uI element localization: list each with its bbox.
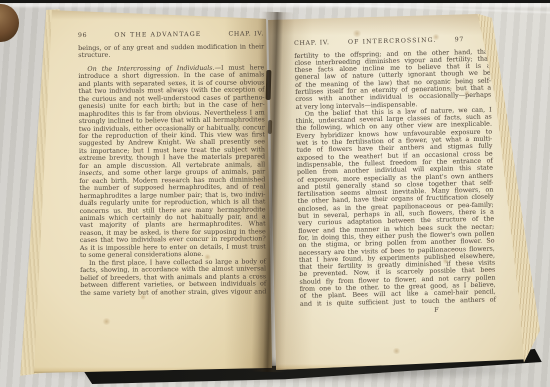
text-line: structure. bbox=[78, 50, 264, 59]
text-line: the same variety but of another strain, … bbox=[80, 288, 266, 297]
right-page: CHAP. IV. OF INTERCROSSING. 97 fertility… bbox=[266, 14, 524, 370]
photo-top-edge bbox=[0, 0, 550, 3]
gutter-stitching bbox=[266, 70, 272, 100]
chapter-label: CHAP. IV. bbox=[228, 30, 264, 37]
page-number: 97 bbox=[455, 36, 464, 43]
running-header: ON THE ADVANTAGE bbox=[114, 31, 201, 39]
right-page-text: CHAP. IV. OF INTERCROSSING. 97 fertility… bbox=[294, 36, 496, 318]
wood-grain-streak bbox=[0, 3, 550, 7]
right-page-header: CHAP. IV. OF INTERCROSSING. 97 bbox=[294, 36, 490, 47]
running-header: OF INTERCROSSING. bbox=[348, 37, 437, 46]
right-page-body: fertility to the offspring; and on the o… bbox=[294, 48, 496, 308]
left-page-text: 96 ON THE ADVANTAGE CHAP. IV. beings, or… bbox=[78, 30, 266, 297]
page-number: 96 bbox=[78, 32, 87, 39]
left-page: 96 ON THE ADVANTAGE CHAP. IV. beings, or… bbox=[34, 9, 272, 373]
chapter-label: CHAP. IV. bbox=[294, 39, 330, 47]
gutter-stitching bbox=[268, 120, 272, 134]
book-photo: 96 ON THE ADVANTAGE CHAP. IV. beings, or… bbox=[0, 0, 550, 387]
left-page-header: 96 ON THE ADVANTAGE CHAP. IV. bbox=[78, 30, 264, 39]
left-page-body: beings, or of any great and sudden modif… bbox=[78, 43, 266, 297]
